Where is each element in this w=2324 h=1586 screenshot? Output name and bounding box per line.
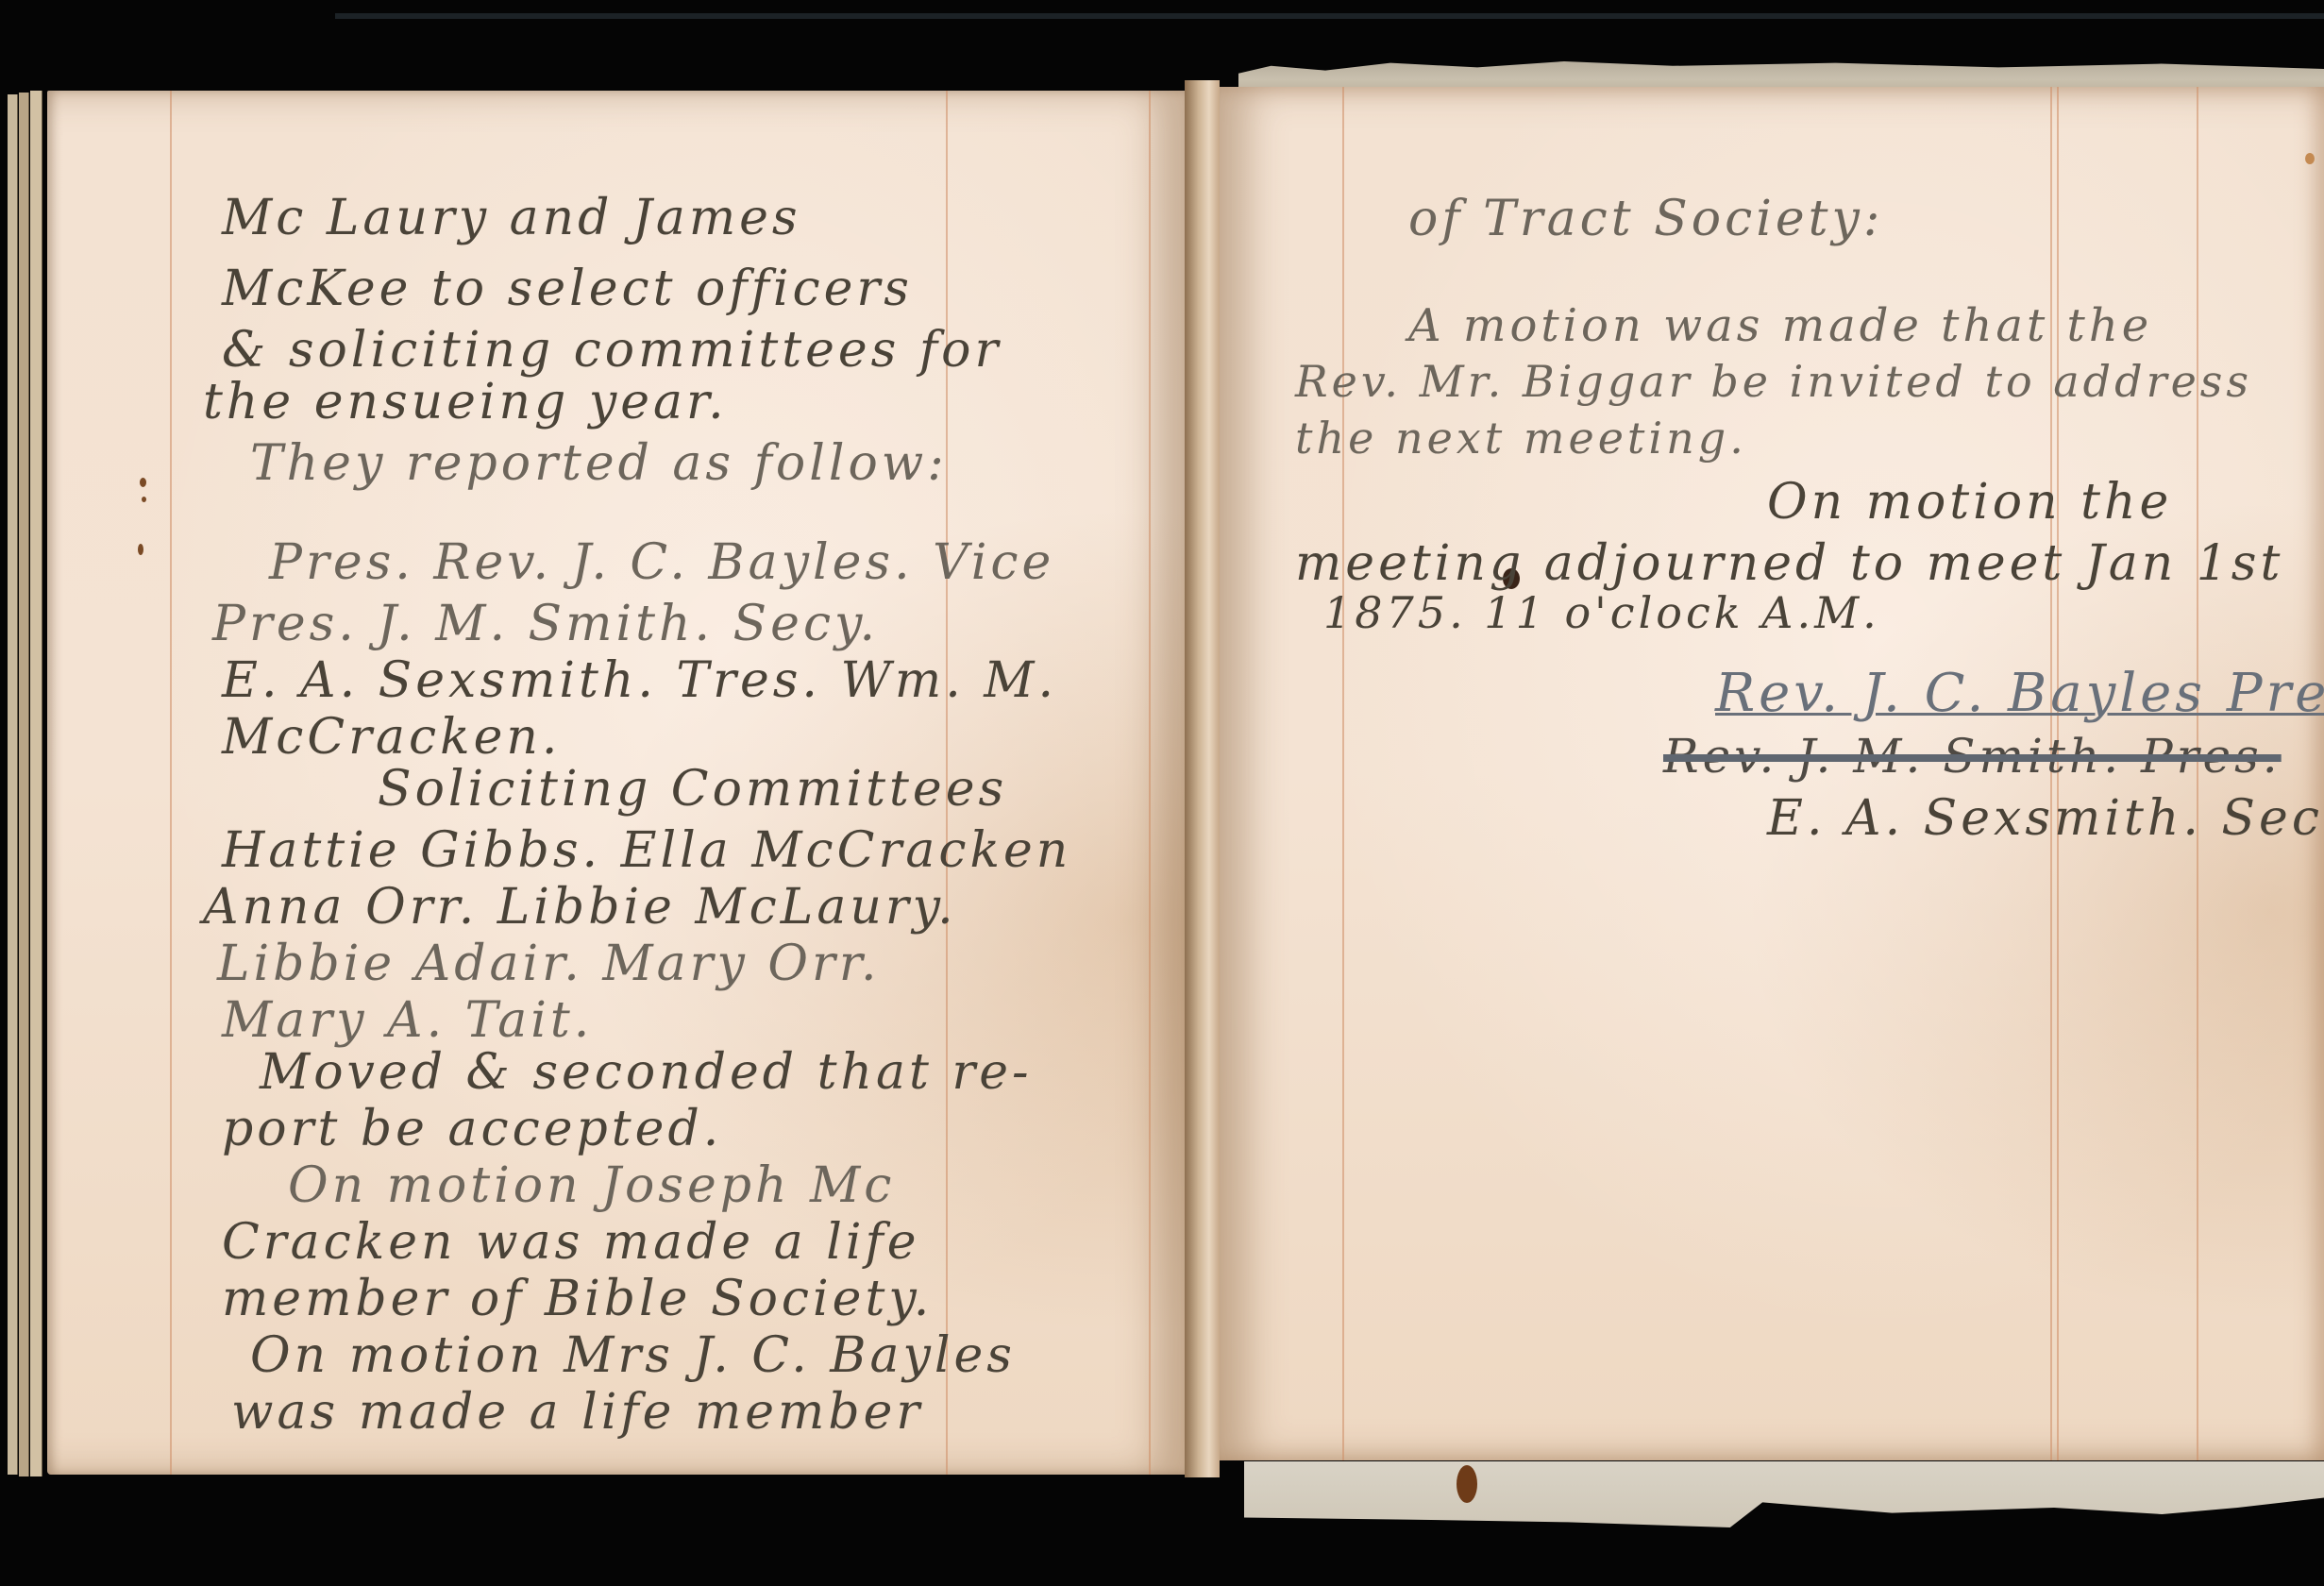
margin-rule	[170, 91, 172, 1475]
text-line: & soliciting committees for	[222, 322, 1002, 379]
text-line: Hattie Gibbs. Ella McCracken	[222, 822, 1071, 879]
column-rule	[1149, 91, 1151, 1475]
open-book: Mc Laury and James McKee to select offic…	[0, 0, 2324, 1586]
text-line: Pres. J. M. Smith. Secy.	[212, 596, 879, 652]
text-line: On motion Mrs J. C. Bayles	[250, 1327, 1016, 1384]
text-line: Libbie Adair. Mary Orr.	[217, 936, 881, 992]
text-line: E. A. Sexsmith. Tres. Wm. M.	[222, 652, 1057, 709]
text-line: Mary A. Tait.	[222, 992, 593, 1049]
secretary-signature: E. A. Sexsmith. Sec.	[1767, 790, 2324, 847]
page-edge	[30, 91, 42, 1476]
text-line: meeting adjourned to meet Jan 1st	[1295, 535, 2283, 592]
text-line: McKee to select officers	[222, 261, 913, 317]
struck-out-signature: Rev. J. M. Smith. Pres.	[1663, 729, 2282, 784]
left-page: Mc Laury and James McKee to select offic…	[47, 91, 1185, 1475]
torn-paper-strip-bottom	[1244, 1461, 2324, 1527]
book-spine	[1185, 80, 1220, 1477]
text-line: was made a life member	[231, 1384, 923, 1441]
section-heading: Soliciting Committees	[378, 761, 1007, 818]
text-line: Pres. Rev. J. C. Bayles. Vice	[269, 534, 1054, 591]
text-line: the ensueing year.	[203, 374, 728, 430]
text-line: of Tract Society:	[1408, 191, 1883, 247]
text-line: member of Bible Society.	[222, 1271, 933, 1327]
page-edge	[8, 94, 18, 1475]
text-line: They reported as follow:	[250, 435, 948, 492]
text-line: On motion Joseph Mc	[288, 1157, 895, 1214]
text-line: Cracken was made a life	[222, 1214, 920, 1271]
margin-rule	[1342, 87, 1344, 1460]
text-line: Moved & seconded that re-	[260, 1044, 1033, 1101]
text-line: Rev. Mr. Biggar be invited to address	[1295, 356, 2252, 407]
ink-spot	[142, 497, 146, 502]
text-line: Anna Orr. Libbie McLaury.	[203, 879, 957, 936]
text-line: port be accepted.	[222, 1101, 722, 1157]
text-line: the next meeting.	[1295, 413, 1747, 464]
text-line: Mc Laury and James	[222, 190, 801, 246]
stain	[1457, 1465, 1477, 1503]
text-line: On motion the	[1767, 474, 2172, 531]
president-signature: Rev. J. C. Bayles Pres	[1715, 663, 2324, 724]
text-line: McCracken.	[222, 709, 561, 766]
ink-spot	[138, 544, 143, 555]
page-edge	[19, 93, 29, 1476]
text-line: A motion was made that the	[1408, 299, 2152, 352]
text-line: 1875. 11 o'clock A.M.	[1323, 587, 1880, 638]
right-page: of Tract Society: A motion was made that…	[1220, 87, 2324, 1460]
ink-spot	[140, 478, 146, 487]
foxing-spot	[2305, 153, 2315, 164]
